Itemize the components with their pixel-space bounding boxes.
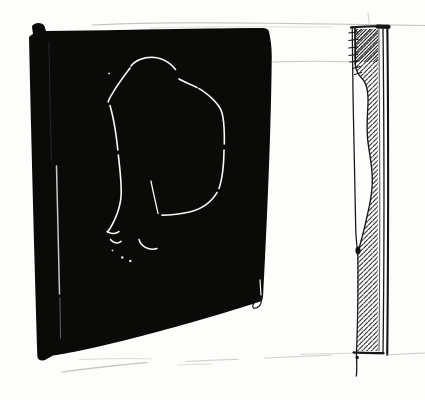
ink-dot: [112, 250, 114, 252]
slab-bottom-edge: [354, 353, 384, 354]
sketch-canvas: [0, 0, 425, 400]
hatched-slab-top-dense: [356, 29, 378, 62]
ink-speck: [108, 73, 110, 75]
ink-knot: [355, 247, 360, 255]
slab-outer-right-edge: [387, 26, 388, 356]
ink-dot: [129, 260, 131, 262]
ink-blob-bottom: [356, 356, 359, 359]
sketch-page: [0, 0, 425, 400]
ink-dot: [121, 256, 123, 258]
